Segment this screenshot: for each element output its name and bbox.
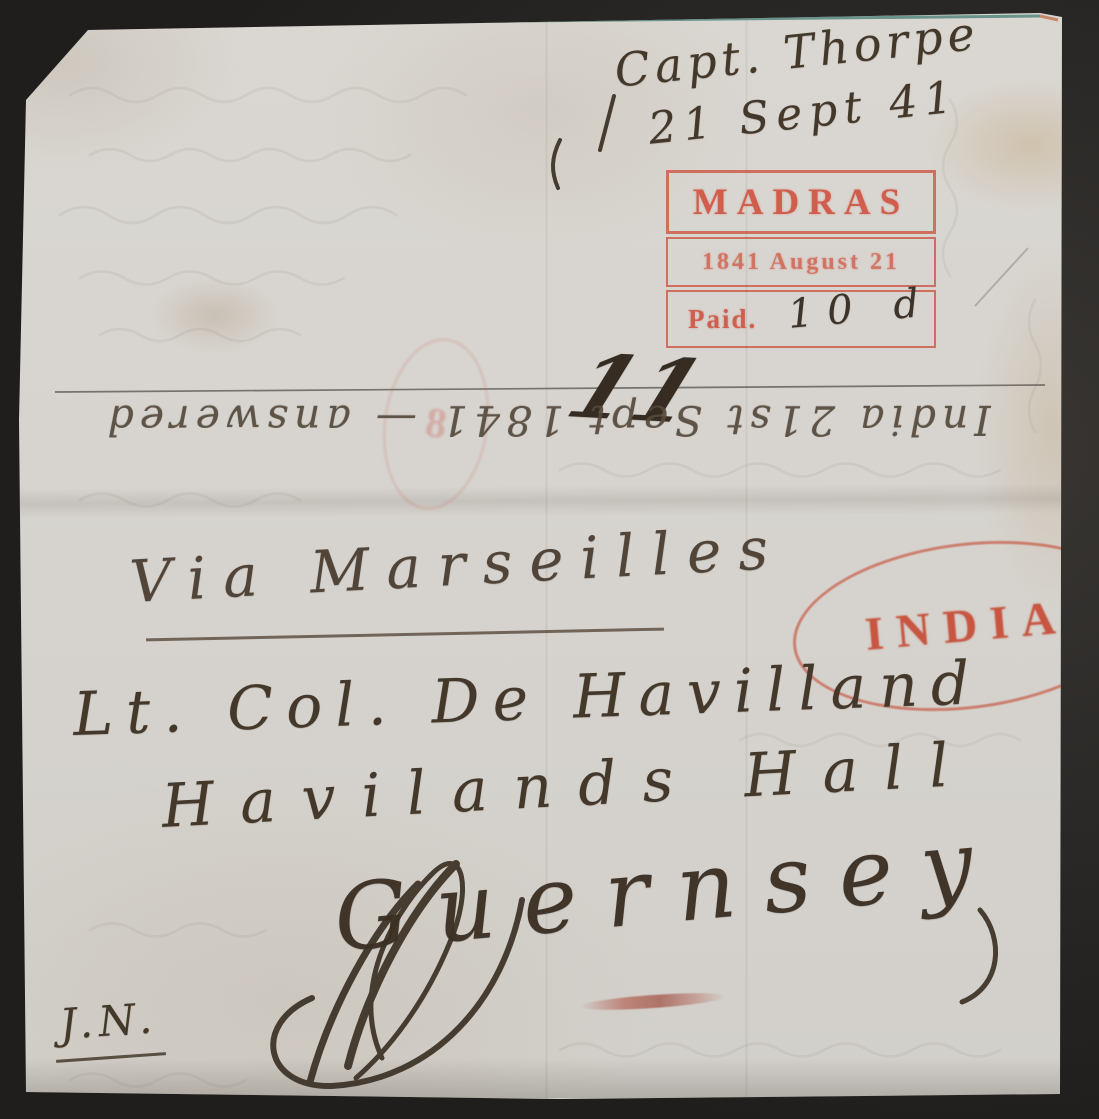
madras-date-box: 1841 August 21	[666, 237, 936, 287]
corner-initials: J.N.	[58, 993, 160, 1049]
madras-paid-label: Paid.	[668, 304, 757, 335]
fold-shadow	[0, 483, 1099, 519]
reversed-docket-line: India 21st Sept 1841 — answered	[42, 396, 1050, 444]
letter-sheet: MADRAS 1841 August 21 Paid. INDIA 8 Capt…	[0, 0, 1099, 1119]
madras-town-box: MADRAS	[666, 170, 936, 234]
madras-town-label: MADRAS	[693, 181, 909, 224]
scan-background: MADRAS 1841 August 21 Paid. INDIA 8 Capt…	[0, 0, 1099, 1119]
madras-date-label: 1841 August 21	[702, 249, 900, 276]
paper-edge-shadow	[0, 1058, 1099, 1098]
